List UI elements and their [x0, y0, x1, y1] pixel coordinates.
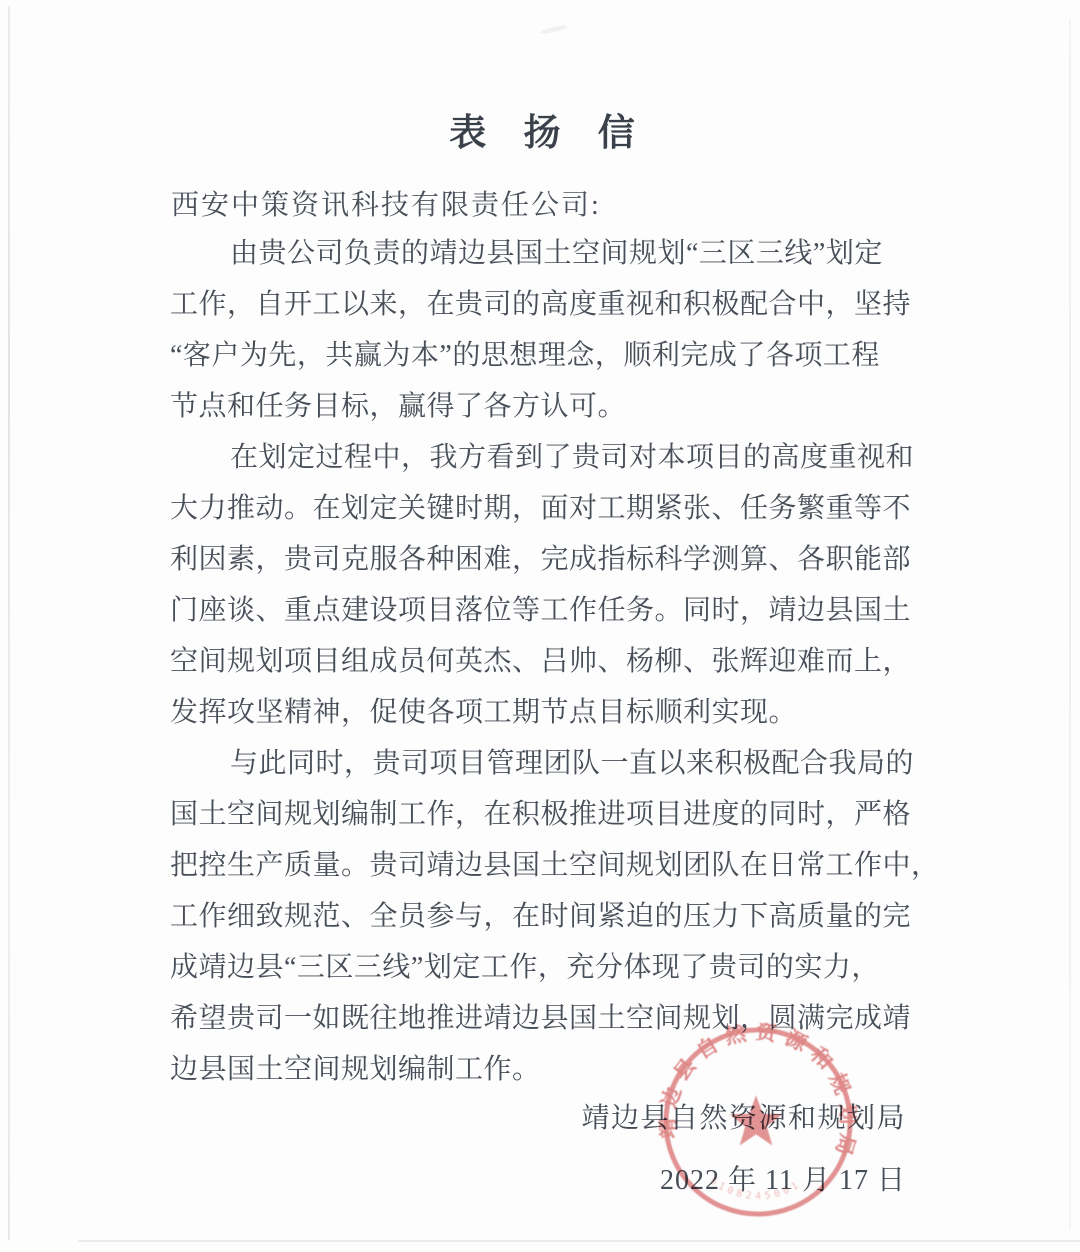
body-line: 由贵公司负责的靖边县国土空间规划“三区三线”划定 — [170, 228, 915, 279]
body-line: 希望贵司一如既往地推进靖边县国土空间规划，圆满完成靖 — [170, 993, 915, 1044]
body-line: 发挥攻坚精神，促使各项工期节点目标顺利实现。 — [170, 687, 915, 738]
body-line: 工作细致规范、全员参与，在时间紧迫的压力下高质量的完 — [170, 891, 915, 942]
body-line: 利因素，贵司克服各种困难，完成指标科学测算、各职能部 — [170, 534, 915, 585]
body-line: 边县国土空间规划编制工作。 — [170, 1044, 915, 1095]
body-line: “客户为先，共赢为本”的思想理念，顺利完成了各项工程 — [170, 330, 915, 381]
signature-organization: 靖边县自然资源和规划局 — [581, 1096, 906, 1136]
body-line: 工作，自开工以来，在贵司的高度重视和积极配合中，坚持 — [170, 279, 915, 330]
signature-block: 靖边县自然资源和规划局 2022 年 11 月 17 日 — [581, 1096, 906, 1198]
body-line: 门座谈、重点建设项目落位等工作任务。同时，靖边县国土 — [170, 585, 915, 636]
body-line: 把控生产质量。贵司靖边县国土空间规划团队在日常工作中， — [170, 840, 915, 891]
salutation: 西安中策资讯科技有限责任公司: — [171, 183, 601, 223]
letter-title: 表 扬 信 — [0, 102, 1080, 156]
body-line: 大力推动。在划定关键时期，面对工期紧张、任务繁重等不 — [170, 483, 915, 534]
scan-edge-artifact-bottom — [78, 1240, 1080, 1242]
body-line: 在划定过程中，我方看到了贵司对本项目的高度重视和 — [170, 432, 915, 483]
letter-page: 表 扬 信 西安中策资讯科技有限责任公司: 由贵公司负责的靖边县国土空间规划“三… — [0, 0, 1080, 1252]
scan-edge-artifact-right — [1069, 20, 1071, 1230]
scan-smudge-artifact — [540, 24, 568, 36]
body-line: 国土空间规划编制工作，在积极推进项目进度的同时，严格 — [170, 789, 915, 840]
body-line: 成靖边县“三区三线”划定工作，充分体现了贵司的实力， — [170, 942, 915, 993]
body-line: 与此同时，贵司项目管理团队一直以来积极配合我局的 — [170, 738, 915, 789]
body-line: 空间规划项目组成员何英杰、吕帅、杨柳、张辉迎难而上， — [170, 636, 915, 687]
letter-body: 由贵公司负责的靖边县国土空间规划“三区三线”划定 工作，自开工以来，在贵司的高度… — [170, 228, 915, 1095]
body-line: 节点和任务目标，赢得了各方认可。 — [170, 381, 915, 432]
scan-edge-artifact-left — [8, 6, 10, 1240]
signature-date: 2022 年 11 月 17 日 — [581, 1158, 906, 1198]
